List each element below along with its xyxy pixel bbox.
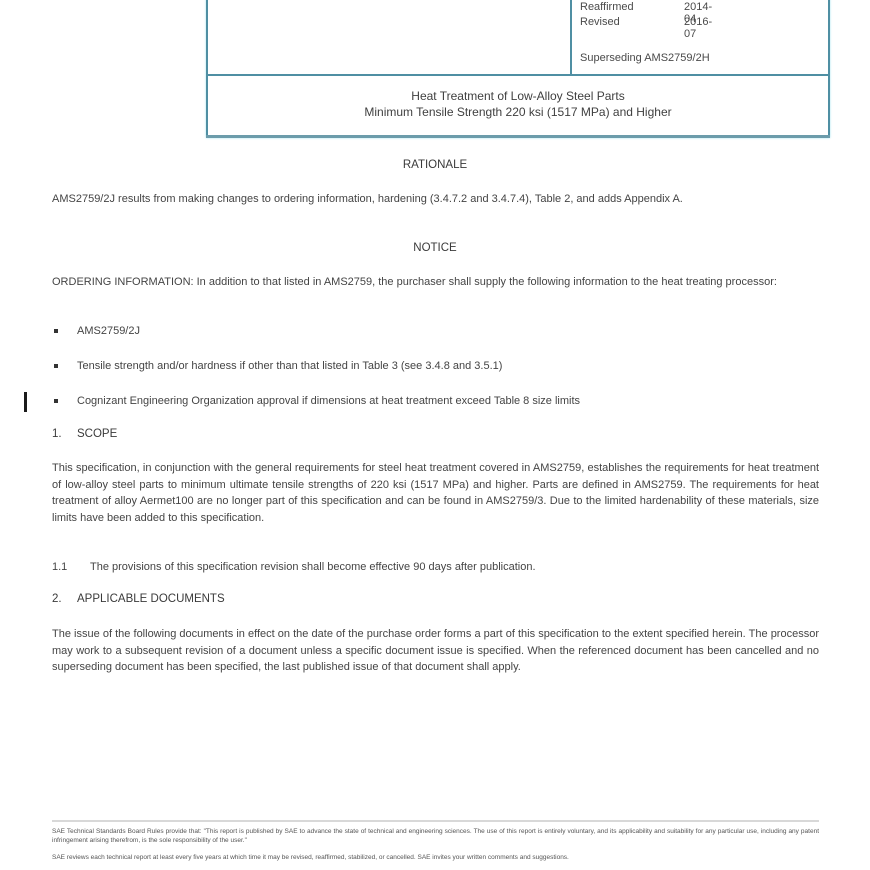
- subsection-text: The provisions of this specification rev…: [90, 561, 536, 573]
- section-title: APPLICABLE DOCUMENTS: [77, 593, 225, 605]
- header-left-cell: [208, 0, 572, 74]
- bullet-icon: [54, 399, 58, 403]
- section-title: SCOPE: [77, 428, 117, 440]
- bullet-item: AMS2759/2J: [52, 325, 140, 337]
- header-top-section: Reaffirmed 2014-04 Revised 2016-07 Super…: [208, 0, 828, 76]
- footer-divider: [52, 820, 819, 822]
- section-number: 2.: [52, 593, 77, 605]
- rationale-text: AMS2759/2J results from making changes t…: [52, 191, 819, 208]
- subsection-number: 1.1: [52, 561, 90, 573]
- section-number: 1.: [52, 428, 77, 440]
- bullet-item: Cognizant Engineering Organization appro…: [52, 395, 580, 407]
- rationale-heading: RATIONALE: [0, 159, 870, 171]
- bullet-item: Tensile strength and/or hardness if othe…: [52, 360, 502, 372]
- bullet-icon: [54, 329, 58, 333]
- footer-review-note: SAE reviews each technical report at lea…: [52, 853, 819, 862]
- subsection-1-1: 1.1The provisions of this specification …: [52, 561, 536, 573]
- section-heading-applicable-documents: 2.APPLICABLE DOCUMENTS: [52, 593, 225, 605]
- meta-label: Reaffirmed: [580, 1, 670, 13]
- revision-change-bar: [24, 392, 27, 412]
- notice-heading: NOTICE: [0, 242, 870, 254]
- superseding-note: Superseding AMS2759/2H: [580, 52, 710, 64]
- bullet-text: AMS2759/2J: [77, 325, 140, 337]
- title-line-2: Minimum Tensile Strength 220 ksi (1517 M…: [208, 104, 828, 120]
- meta-label: Revised: [580, 16, 670, 28]
- meta-value: 2016-07: [684, 16, 712, 40]
- bullet-text: Cognizant Engineering Organization appro…: [77, 395, 580, 407]
- document-header-box: Reaffirmed 2014-04 Revised 2016-07 Super…: [206, 0, 830, 138]
- document-title: Heat Treatment of Low-Alloy Steel Parts …: [208, 76, 828, 134]
- header-meta-cell: Reaffirmed 2014-04 Revised 2016-07 Super…: [580, 0, 828, 74]
- scope-text: This specification, in conjunction with …: [52, 460, 819, 526]
- bullet-text: Tensile strength and/or hardness if othe…: [77, 360, 502, 372]
- footer-disclaimer: SAE Technical Standards Board Rules prov…: [52, 827, 819, 845]
- applicable-documents-text: The issue of the following documents in …: [52, 626, 819, 676]
- title-line-1: Heat Treatment of Low-Alloy Steel Parts: [208, 88, 828, 104]
- bullet-icon: [54, 364, 58, 368]
- ordering-information-text: ORDERING INFORMATION: In addition to tha…: [52, 274, 819, 291]
- section-heading-scope: 1.SCOPE: [52, 428, 117, 440]
